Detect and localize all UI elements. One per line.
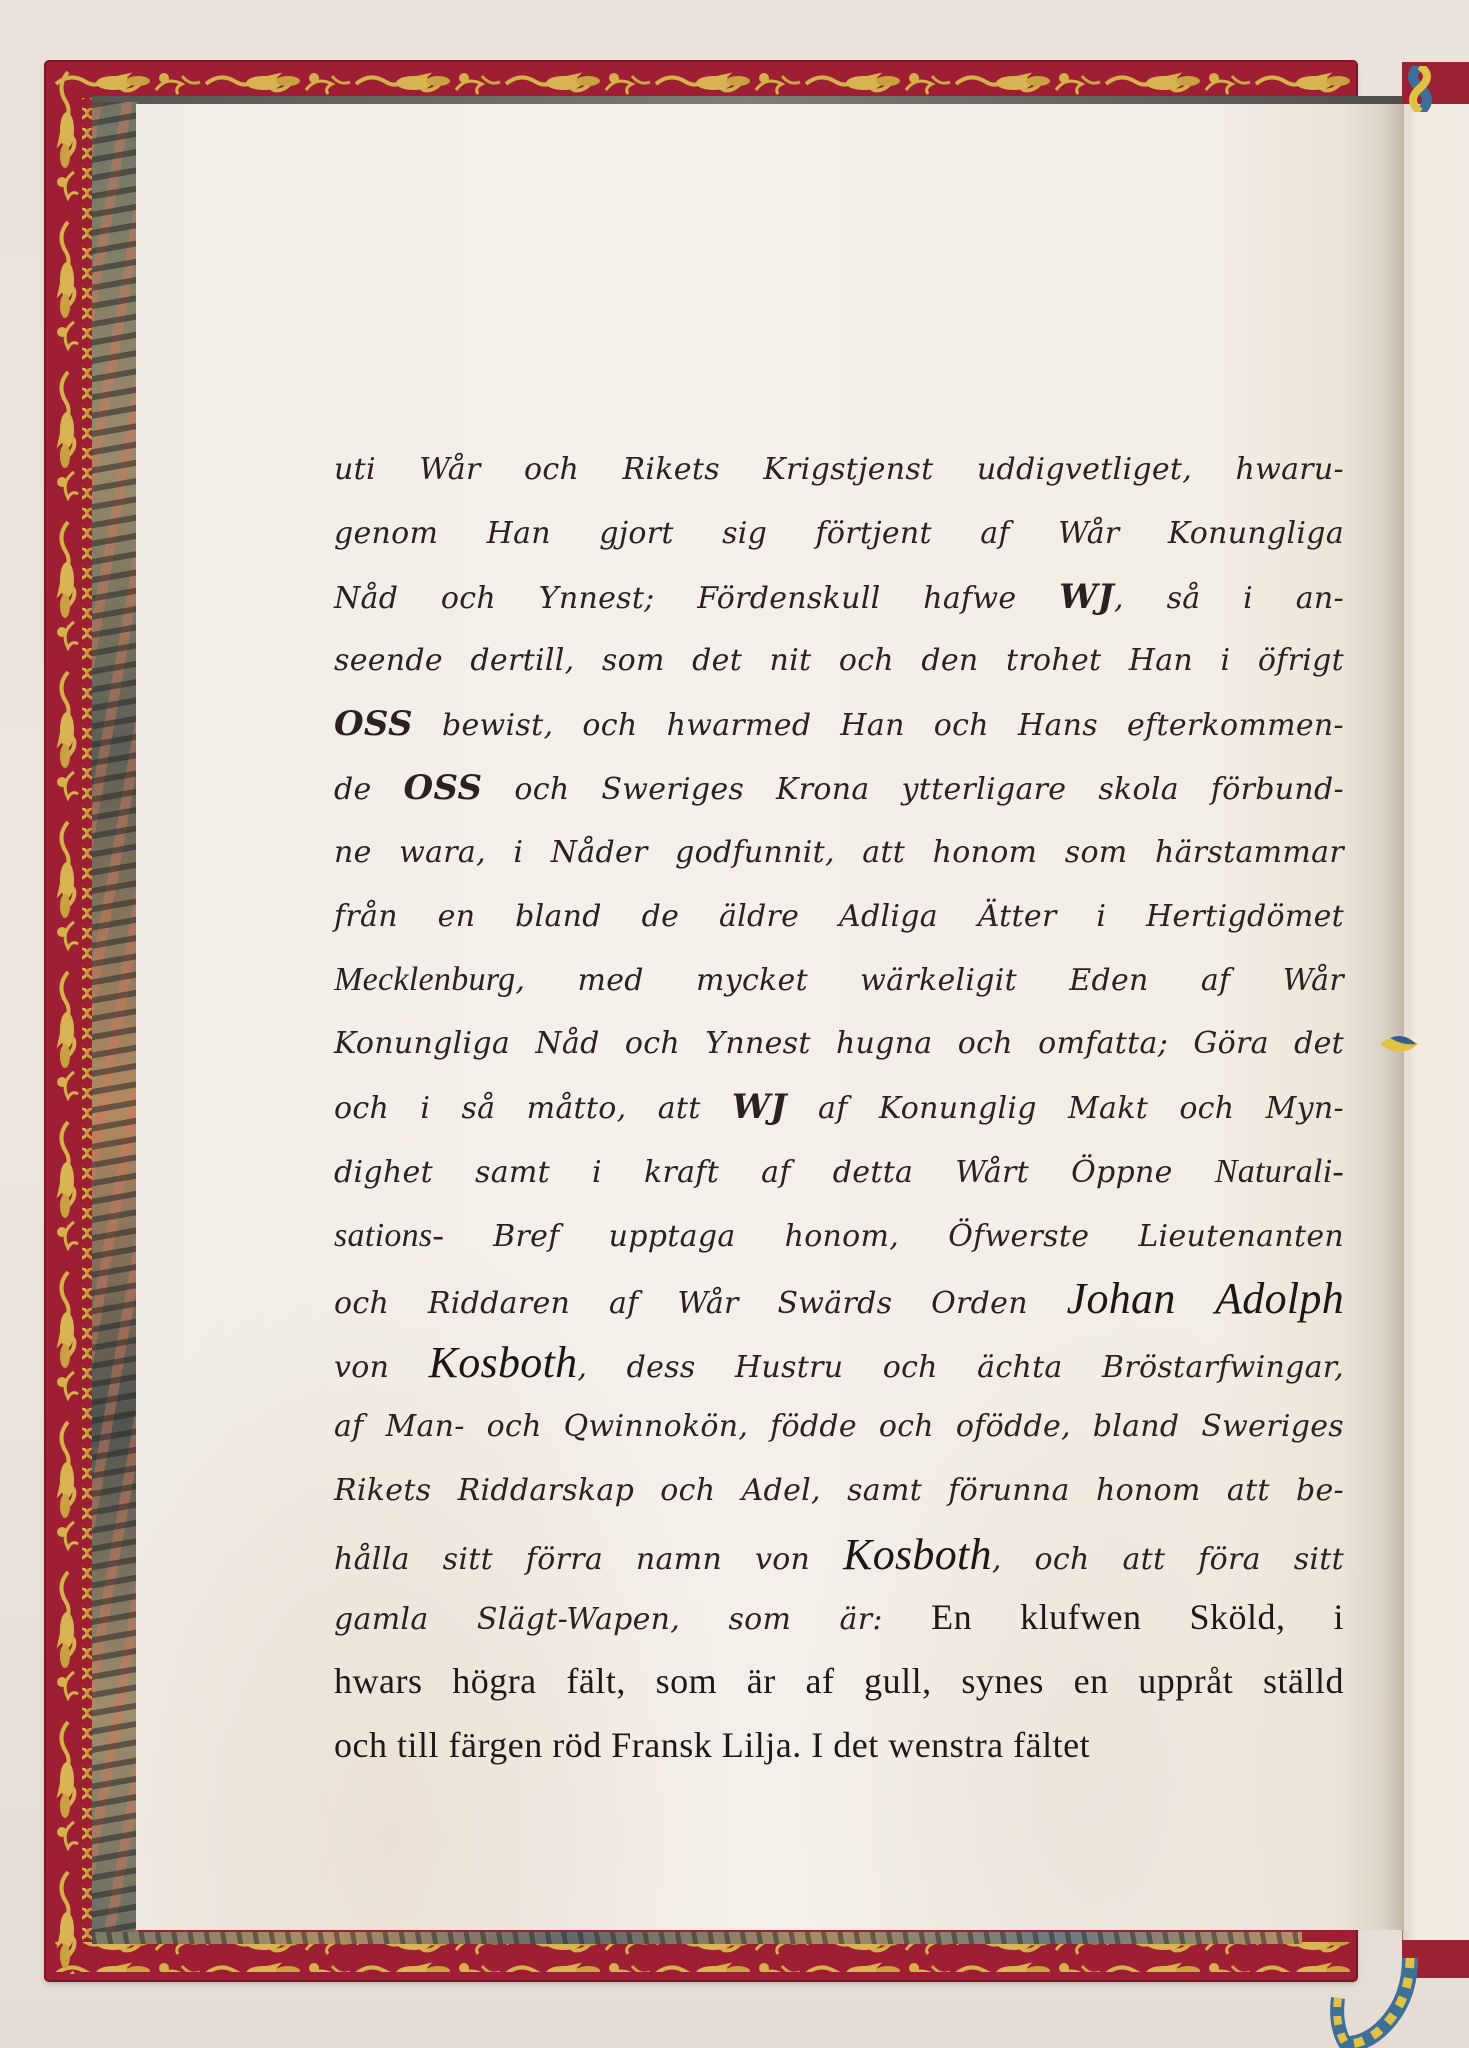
monogram: WJ xyxy=(732,1087,787,1127)
family-name: Kosboth xyxy=(429,1338,578,1387)
ms-line-14: och Riddaren af Wår Swärds Orden Johan A… xyxy=(334,1267,1344,1331)
manuscript-text: uti Wår och Rikets Krigstjenst uddigvetl… xyxy=(334,438,1344,1778)
monogram: WJ xyxy=(1059,577,1114,617)
ms-line-6: de OSS och Sweriges Krona ytterligare sk… xyxy=(334,757,1344,821)
latin-word: Mecklenburg xyxy=(334,961,515,998)
family-name: Kosboth xyxy=(843,1530,992,1579)
ms-line-20: hwars högra fält, som är af gull, synes … xyxy=(334,1650,1344,1714)
marbled-endpaper-top xyxy=(92,96,1402,104)
silk-cord-bottom-icon xyxy=(1318,1958,1438,2048)
silk-cord-stitch-icon xyxy=(1376,1030,1422,1062)
ms-line-4: seende dertill, som det nit och den troh… xyxy=(334,629,1344,693)
ms-line-7: ne wara, i Nåder godfunnit, att honom so… xyxy=(334,821,1344,885)
marbled-endpaper-left xyxy=(92,102,138,1932)
ms-line-13: sations- Bref upptaga honom, Öfwerste Li… xyxy=(334,1204,1344,1268)
ms-line-19: gamla Slägt-Wapen, som är: En klufwen Sk… xyxy=(334,1586,1344,1650)
blazon-text: En klufwen Sköld, i xyxy=(931,1597,1344,1637)
gutter-shadow xyxy=(1340,104,1404,1930)
blazon-text: och till färgen röd Fransk Lilja. I det … xyxy=(334,1725,1090,1765)
ms-line-16: af Man- och Qwinnokön, födde och ofödde,… xyxy=(334,1395,1344,1459)
blazon-text: hwars högra fält, som är af gull, synes … xyxy=(334,1661,1344,1701)
marbled-endpaper-bottom xyxy=(92,1932,1302,1944)
ms-line-5: OSS bewist, och hwarmed Han och Hans eft… xyxy=(334,693,1344,757)
ms-line-3: Nåd och Ynnest; Fördenskull hafwe WJ, så… xyxy=(334,566,1344,630)
monogram: OSS xyxy=(404,768,483,808)
ms-line-12: dighet samt i kraft af detta Wårt Öppne … xyxy=(334,1140,1344,1204)
ms-line-15: von Kosboth, dess Hustru och ächta Bröst… xyxy=(334,1331,1344,1395)
latin-word: sations- xyxy=(334,1217,444,1254)
ms-line-1: uti Wår och Rikets Krigstjenst uddigvetl… xyxy=(334,438,1344,502)
ms-line-8: från en bland de äldre Adliga Ätter i He… xyxy=(334,885,1344,949)
person-name: Johan Adolph xyxy=(1067,1274,1344,1323)
ms-line-18: hålla sitt förra namn von Kosboth, och a… xyxy=(334,1523,1344,1587)
ms-line-17: Rikets Riddarskap och Adel, samt förunna… xyxy=(334,1459,1344,1523)
monogram: OSS xyxy=(334,704,413,744)
silk-cord-top-icon xyxy=(1402,66,1438,112)
ms-line-2: genom Han gjort sig förtjent af Wår Konu… xyxy=(334,502,1344,566)
ms-line-21: och till färgen röd Fransk Lilja. I det … xyxy=(334,1714,1344,1778)
ms-line-10: Konungliga Nåd och Ynnest hugna och omfa… xyxy=(334,1012,1344,1076)
latin-word: Naturali- xyxy=(1215,1153,1344,1190)
ms-line-11: och i så måtto, att WJ af Konunglig Makt… xyxy=(334,1076,1344,1140)
ms-line-9: Mecklenburg, med mycket wärkeligit Eden … xyxy=(334,948,1344,1012)
facing-page-edge xyxy=(1402,104,1469,1940)
